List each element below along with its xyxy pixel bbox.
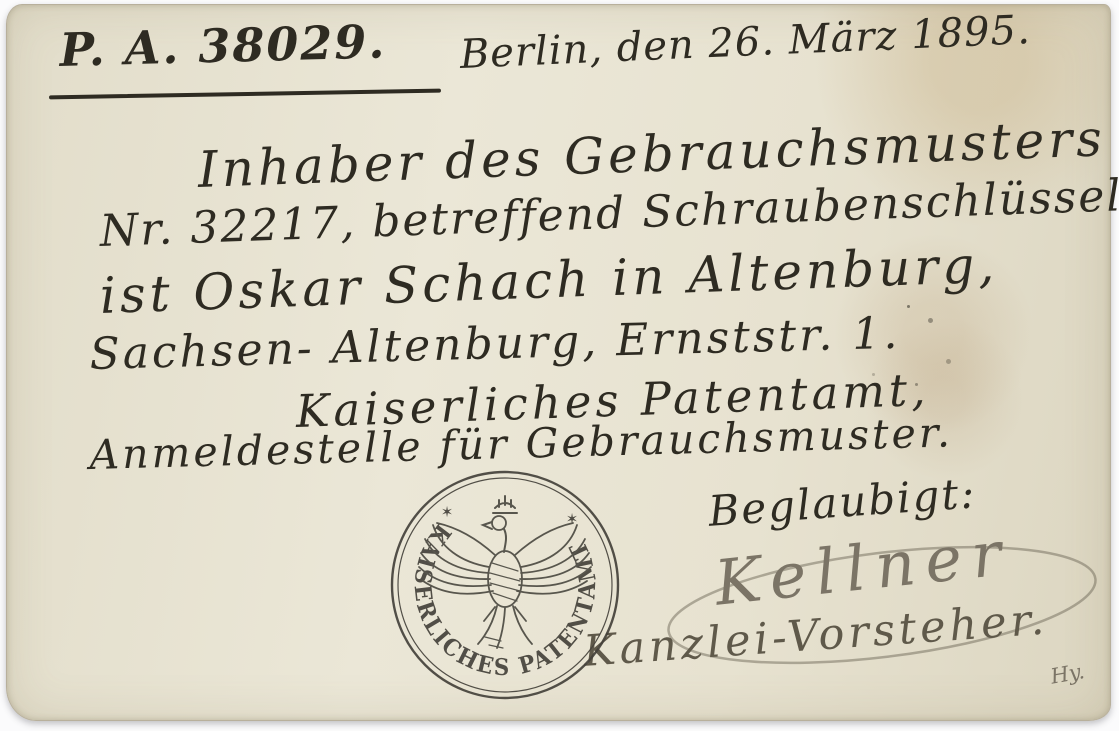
reference-underline — [49, 89, 441, 100]
seal-star-left-icon: ✶ — [441, 503, 454, 521]
document-card: P. A. 38029. Berlin, den 26. März 1895. … — [6, 4, 1111, 721]
photo-background: P. A. 38029. Berlin, den 26. März 1895. … — [0, 0, 1119, 731]
reference-number: P. A. 38029. — [59, 18, 387, 73]
patent-office-seal: KAISERLICHES PATENTAMT ✶ ✶ — [385, 467, 625, 703]
dateline: Berlin, den 26. März 1895. — [459, 10, 1031, 75]
ink-spatter — [907, 305, 910, 308]
corner-note: Hy. — [1049, 661, 1086, 688]
